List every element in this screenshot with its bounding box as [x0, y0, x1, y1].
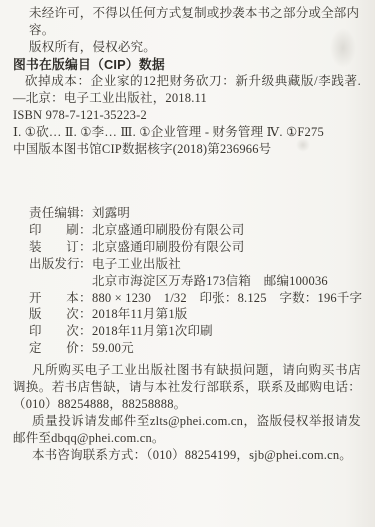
colophon: 责任编辑：刘露明 印刷：北京盛通印刷股份有限公司 装订：北京盛通印刷股份有限公司… — [29, 205, 361, 357]
cip-header: 图书在版编目（CIP）数据 — [13, 56, 361, 73]
colophon-label: 定价 — [29, 340, 79, 357]
colophon-row-publisher: 出版发行：电子工业出版社 — [29, 256, 361, 273]
colophon-value: 2018年11月第1版 — [92, 307, 188, 321]
cip-entry: 砍掉成本：企业家的12把财务砍刀：新升级典藏版/李践著. —北京：电子工业出版社… — [13, 73, 361, 107]
colophon-colon: ： — [79, 290, 92, 307]
service-note-consultation: 本书咨询联系方式：（010）88254199，sjb@phei.com.cn。 — [13, 447, 361, 464]
colophon-row-editor: 责任编辑：刘露明 — [29, 205, 361, 222]
colophon-value: 刘露明 — [92, 206, 130, 220]
colophon-label: 责任编辑 — [29, 205, 79, 222]
copyright-notice-line1: 未经许可，不得以任何方式复制或抄袭本书之部分或全部内容。 — [29, 5, 361, 39]
colophon-colon: ： — [79, 205, 92, 222]
colophon-label: 开本 — [29, 290, 79, 307]
isbn-number: ISBN 978-7-121-35223-2 — [13, 107, 361, 124]
colophon-value: 北京盛通印刷股份有限公司 — [92, 223, 244, 237]
colophon-row-edition: 版次：2018年11月第1版 — [29, 306, 361, 323]
cip-classification: Ⅰ. ①砍… Ⅱ. ①李… Ⅲ. ①企业管理 - 财务管理 Ⅳ. ①F275 — [13, 124, 361, 141]
colophon-row-binder: 装订：北京盛通印刷股份有限公司 — [29, 239, 361, 256]
colophon-colon: ： — [79, 340, 92, 357]
service-notes: 凡所购买电子工业出版社图书有缺损问题，请向购买书店调换。若书店售缺，请与本社发行… — [13, 362, 361, 464]
colophon-value: 北京市海淀区万寿路173信箱 邮编100036 — [92, 274, 328, 288]
colophon-value: 880 × 1230 1/32 印张：8.125 字数：196千字 — [92, 291, 362, 305]
copyright-page: 未经许可，不得以任何方式复制或抄袭本书之部分或全部内容。 版权所有，侵权必究。 … — [0, 0, 375, 527]
colophon-colon: ： — [79, 239, 92, 256]
colophon-value: 北京盛通印刷股份有限公司 — [92, 240, 244, 254]
colophon-colon: ： — [79, 256, 92, 273]
colophon-row-price: 定价：59.00元 — [29, 340, 361, 357]
copyright-notice: 未经许可，不得以任何方式复制或抄袭本书之部分或全部内容。 版权所有，侵权必究。 — [29, 5, 361, 56]
service-note-exchange: 凡所购买电子工业出版社图书有缺损问题，请向购买书店调换。若书店售缺，请与本社发行… — [13, 362, 361, 413]
colophon-row-publisher-address: 北京市海淀区万寿路173信箱 邮编100036 — [29, 273, 361, 290]
colophon-label: 版次 — [29, 306, 79, 323]
colophon-label: 印次 — [29, 323, 79, 340]
colophon-value: 2018年11月第1次印刷 — [92, 324, 213, 338]
colophon-label: 出版发行 — [29, 256, 79, 273]
colophon-colon: ： — [79, 306, 92, 323]
colophon-value: 电子工业出版社 — [92, 257, 181, 271]
colophon-row-format: 开本：880 × 1230 1/32 印张：8.125 字数：196千字 — [29, 290, 361, 307]
colophon-row-printer: 印刷：北京盛通印刷股份有限公司 — [29, 222, 361, 239]
colophon-label: 印刷 — [29, 222, 79, 239]
service-note-complaints: 质量投诉请发邮件至zlts@phei.com.cn，盗版侵权举报请发邮件至dbq… — [13, 413, 361, 447]
cip-record-number: 中国版本图书馆CIP数据核字(2018)第236966号 — [13, 141, 361, 158]
colophon-row-impression: 印次：2018年11月第1次印刷 — [29, 323, 361, 340]
copyright-notice-line2: 版权所有，侵权必究。 — [29, 39, 361, 56]
colophon-value: 59.00元 — [92, 341, 134, 355]
colophon-colon: ： — [79, 222, 92, 239]
colophon-label: 装订 — [29, 239, 79, 256]
colophon-colon: ： — [79, 323, 92, 340]
